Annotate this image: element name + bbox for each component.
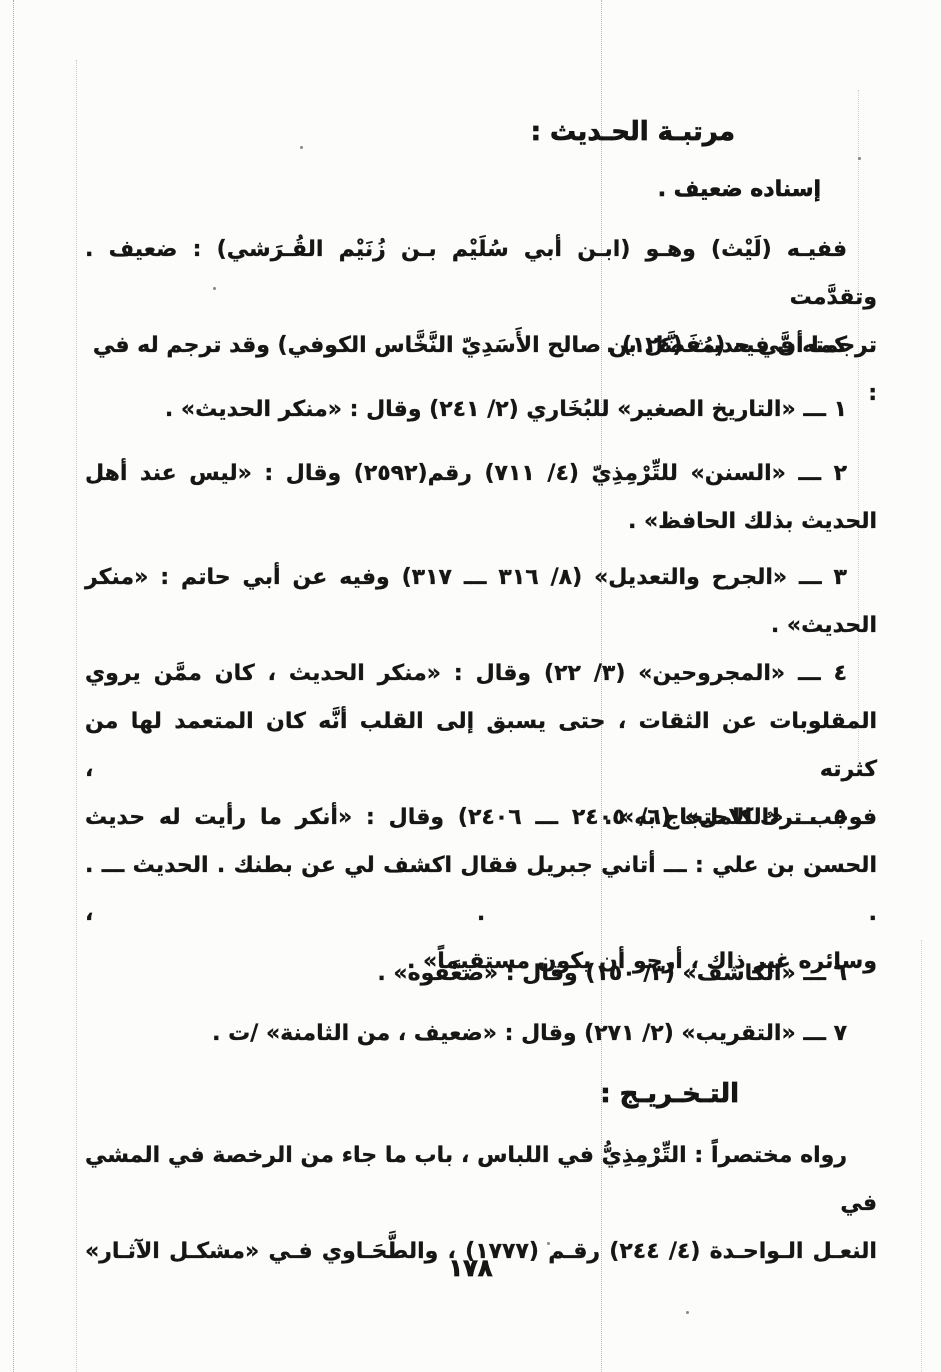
- section-heading-grade: مرتبـة الحـديث :: [85, 110, 877, 154]
- text-line: ٣ ـــ «الجرح والتعديل» (٨/ ٣١٦ ـــ ٣١٧) …: [85, 554, 877, 602]
- scanned-book-page: مرتبـة الحـديث : إسناده ضعيف . ففيـه (لَ…: [0, 0, 941, 1372]
- text-line: إسناده ضعيف .: [85, 166, 877, 214]
- source-item-7: ٧ ـــ «التقريب» (٢/ ٢٧١) وقال : «ضعيف ، …: [85, 1010, 877, 1058]
- text-line: رواه مختصراً : التِّرْمِذِيُّ في اللباس …: [85, 1132, 877, 1228]
- text-line: ٧ ـــ «التقريب» (٢/ ٢٧١) وقال : «ضعيف ، …: [85, 1010, 877, 1058]
- source-item-3: ٣ ـــ «الجرح والتعديل» (٨/ ٣١٦ ـــ ٣١٧) …: [85, 554, 877, 650]
- text-line: الحسن بن علي : ـــ أتاني جبريل فقال اكشف…: [85, 842, 877, 938]
- text-line: ٤ ـــ «المجروحين» (٣/ ٢٢) وقال : «منكر ا…: [85, 650, 877, 698]
- text-line: ٦ ـــ «الكاشف» (٣/ ١٥٠) وقال : «ضعَّفوه»…: [85, 950, 877, 998]
- source-item-2: ٢ ـــ «السنن» للتِّرْمِذِيّ (٤/ ٧١١) رقم…: [85, 450, 877, 546]
- text-line: الحديث بذلك الحافظ» .: [85, 498, 877, 546]
- source-item-6: ٦ ـــ «الكاشف» (٣/ ١٥٠) وقال : «ضعَّفوه»…: [85, 950, 877, 998]
- text-line: ١ ـــ «التاريخ الصغير» للبُخَاري (٢/ ٢٤١…: [85, 386, 877, 434]
- section-heading-takhrij: التـخـريـج :: [85, 1072, 877, 1116]
- scan-artifact-line: [13, 0, 14, 1372]
- scan-speck: [686, 1311, 689, 1314]
- scan-speck: [858, 157, 861, 160]
- page-number-text: ١٧٨: [0, 1246, 941, 1290]
- scan-artifact-line: [76, 60, 77, 1372]
- isnad-verdict: إسناده ضعيف .: [85, 166, 877, 214]
- scan-artifact-line: [921, 940, 922, 1372]
- heading-text: مرتبـة الحـديث :: [85, 110, 877, 154]
- page-number: ١٧٨: [0, 1246, 941, 1290]
- heading-text: التـخـريـج :: [85, 1072, 877, 1116]
- source-item-1: ١ ـــ «التاريخ الصغير» للبُخَاري (٢/ ٢٤١…: [85, 386, 877, 434]
- text-line: ٢ ـــ «السنن» للتِّرْمِذِيّ (٤/ ٧١١) رقم…: [85, 450, 877, 498]
- text-line: المقلوبات عن الثقات ، حتى يسبق إلى القلب…: [85, 698, 877, 794]
- text-line: الحديث» .: [85, 602, 877, 650]
- text-line: ٥ ـــ «الكامل» (٦/ ٢٤٠٥ ـــ ٢٤٠٦) وقال :…: [85, 794, 877, 842]
- text-line: ففيـه (لَيْث) وهـو (ابـن أبي سُلَيْم بـن…: [85, 226, 877, 322]
